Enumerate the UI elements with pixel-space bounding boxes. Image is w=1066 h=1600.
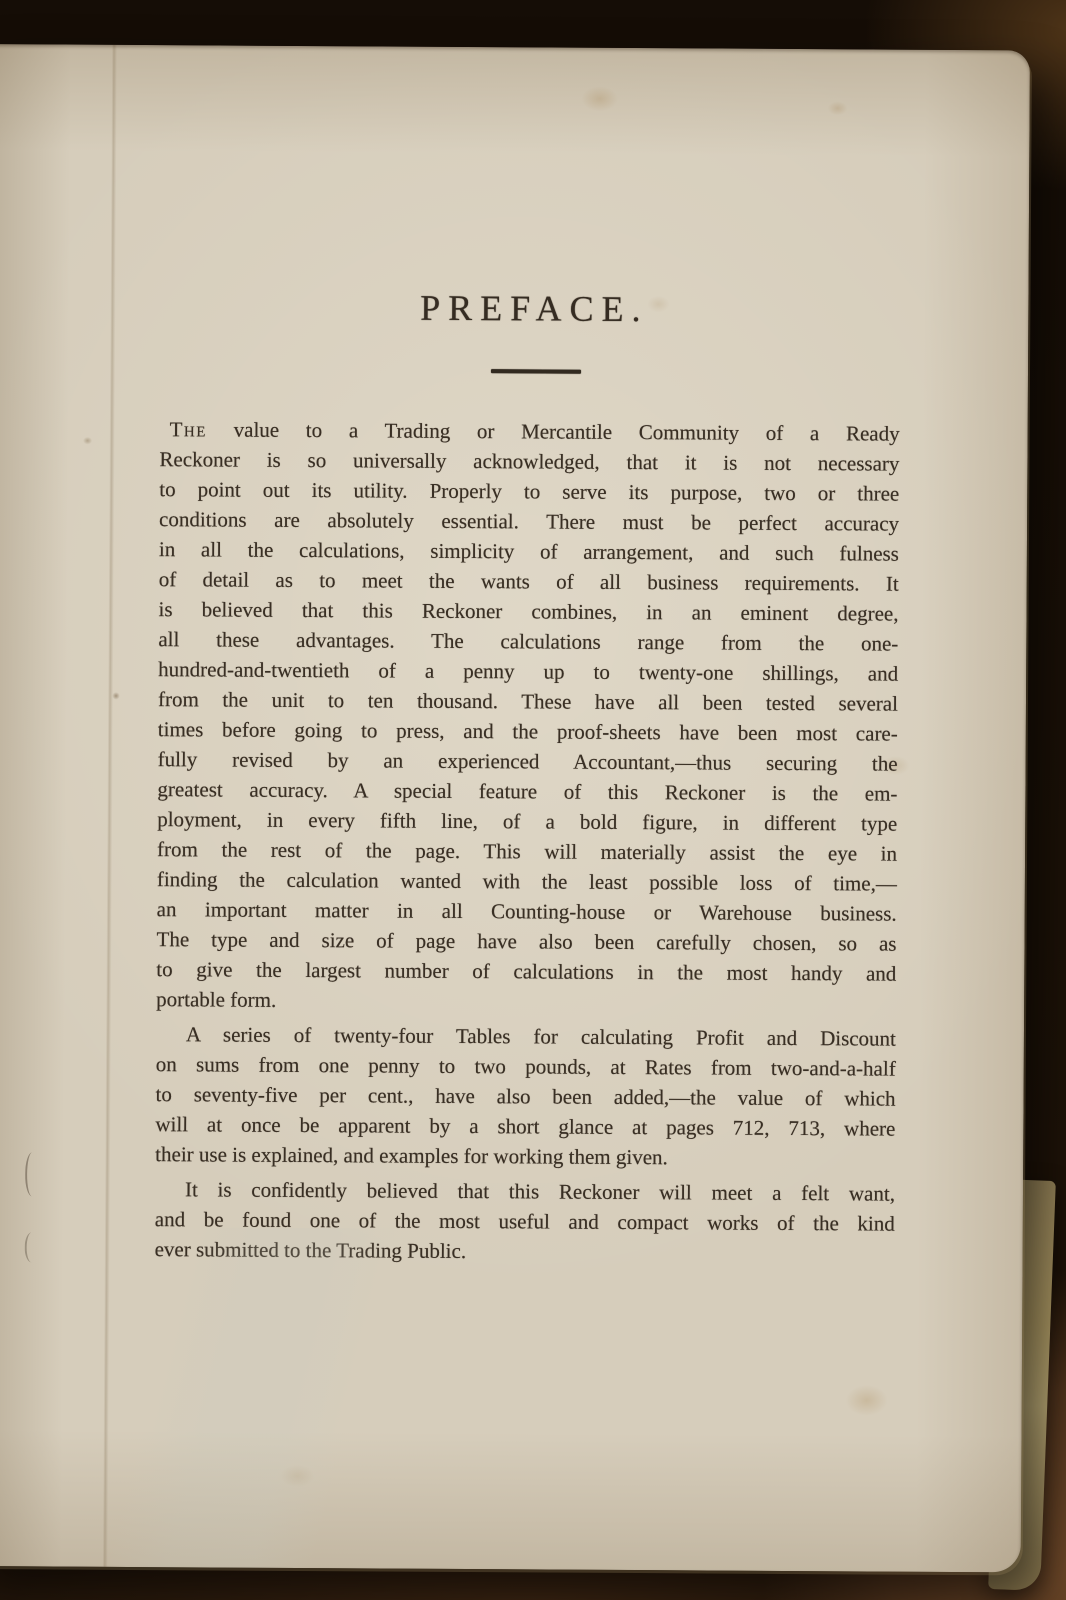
paragraph: It is confidently believed that this Rec… (155, 1174, 896, 1269)
page-title: PREFACE. (160, 285, 900, 332)
text-line: all these advantages. The calculations r… (158, 624, 898, 659)
text-line: greatest accuracy. A special feature of … (157, 774, 897, 809)
text-line: in all the calculations, simplicity of a… (159, 534, 899, 569)
text-line: Reckoner is so universally acknowledged,… (159, 444, 899, 479)
title-divider-rule (491, 369, 581, 374)
text-line: A series of twenty-four Tables for calcu… (156, 1019, 896, 1054)
text-line: finding the calculation wanted with the … (157, 864, 897, 899)
paragraph: The value to a Trading or Mercantile Com… (156, 414, 900, 1019)
text-line: from the rest of the page. This will mat… (157, 834, 897, 869)
text-line: their use is explained, and examples for… (155, 1139, 895, 1174)
text-line: hundred-and-twentieth of a penny up to t… (158, 654, 898, 689)
page-content: PREFACE. The value to a Trading or Merca… (0, 44, 902, 1269)
text-line: ever submitted to the Trading Public. (155, 1234, 895, 1269)
text-line: and be found one of the most useful and … (155, 1204, 895, 1239)
photo-background: PREFACE. The value to a Trading or Merca… (0, 0, 1066, 1600)
text-line: from the unit to ten thousand. These hav… (158, 684, 898, 719)
text-line: on sums from one penny to two pounds, at… (156, 1049, 896, 1084)
text-line: It is confidently believed that this Rec… (155, 1174, 895, 1209)
text-line: The value to a Trading or Mercantile Com… (160, 414, 900, 449)
small-caps-lead-word: The (170, 417, 207, 441)
text-line: The type and size of page have also been… (156, 924, 896, 959)
text-line: portable form. (156, 984, 896, 1019)
text-line: ployment, in every fifth line, of a bold… (157, 804, 897, 839)
text-line: an important matter in all Counting-hous… (157, 894, 897, 929)
text-line: to seventy-five per cent., have also bee… (155, 1079, 895, 1114)
text-line: is believed that this Reckoner combines,… (158, 594, 898, 629)
book-page: PREFACE. The value to a Trading or Merca… (0, 44, 1030, 1572)
text-line: to point out its utility. Properly to se… (159, 474, 899, 509)
text-line: will at once be apparent by a short glan… (155, 1109, 895, 1144)
preface-text: The value to a Trading or Mercantile Com… (155, 414, 900, 1269)
text-line: times before going to press, and the pro… (158, 714, 898, 749)
text-line: of detail as to meet the wants of all bu… (159, 564, 899, 599)
text-line: to give the largest number of calculatio… (156, 954, 896, 989)
text-line: conditions are absolutely essential. The… (159, 504, 899, 539)
text-line: fully revised by an experienced Accounta… (158, 744, 898, 779)
paragraph: A series of twenty-four Tables for calcu… (155, 1019, 896, 1174)
